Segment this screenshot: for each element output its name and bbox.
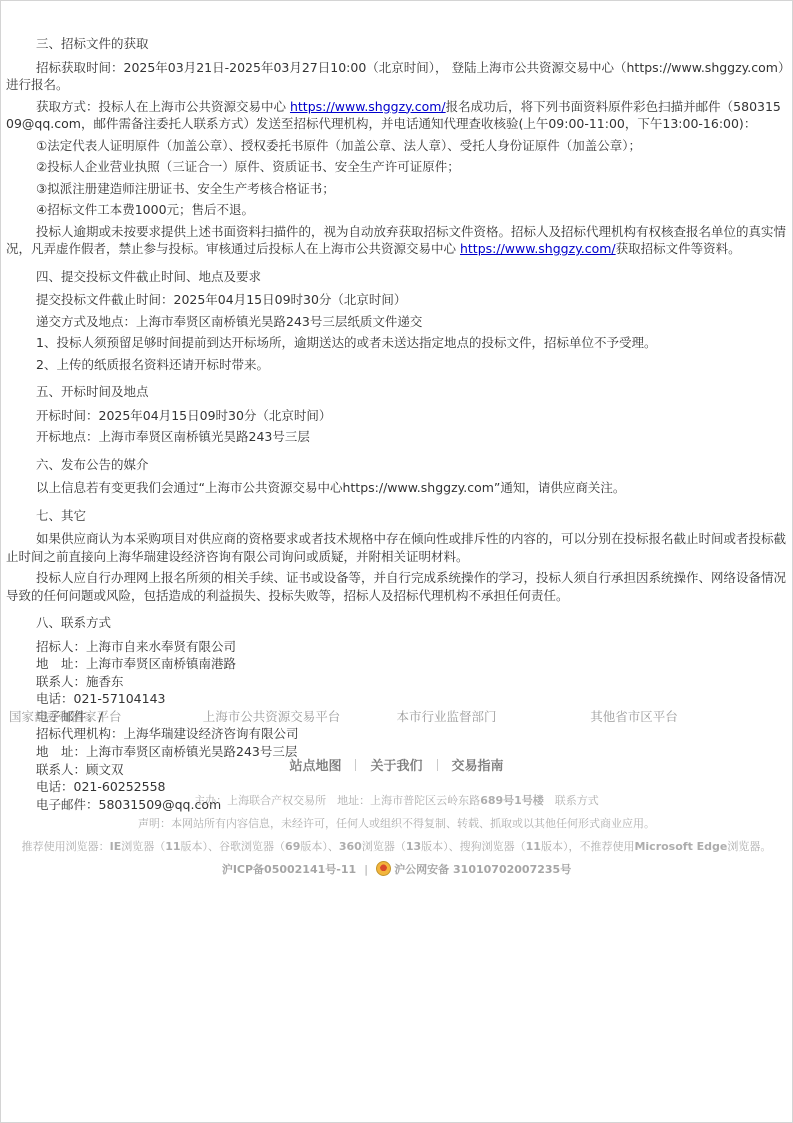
text-run: 号 bbox=[560, 863, 571, 876]
text-run: 浏览器（ bbox=[121, 840, 165, 853]
footer-icp-line: 沪ICP备05002141号-11|沪公网安备 31010702007235号 bbox=[1, 861, 792, 877]
list-item-legal-rep: ①法定代表人证明原件（加盖公章）、授权委托书原件（加盖公章、法人章）、受托人身份… bbox=[6, 137, 786, 155]
list-item-document-fee: ④招标文件工本费1000元；售后不退。 bbox=[6, 201, 786, 219]
paragraph-submission-rule-1: 1、投标人须预留足够时间提前到达开标场所，逾期送达的或者未送达指定地点的投标文件… bbox=[6, 334, 786, 352]
paragraph-media-notice: 以上信息若有变更我们会通过“上海市公共资源交易中心https://www.shg… bbox=[6, 479, 786, 497]
text-run: 推荐使用浏览器： bbox=[22, 840, 110, 853]
nav-divider bbox=[355, 759, 356, 771]
paragraph-submission-place: 递交方式及地点：上海市奉贤区南桥镇光昊路243号三层纸质文件递交 bbox=[6, 313, 786, 331]
text-run: 获取方式：投标人在上海市公共资源交易中心 bbox=[36, 99, 290, 114]
contact-tenderee-person: 联系人：施香东 bbox=[6, 673, 786, 691]
footer-link-national-platforms[interactable]: 国家部委和国家平台 bbox=[9, 707, 203, 725]
footer-browser-recommendation: 推荐使用浏览器：IE浏览器（11版本）、谷歌浏览器（69版本）、360浏览器（1… bbox=[1, 838, 792, 854]
section-heading-bid-submission: 四、提交投标文件截止时间、地点及要求 bbox=[6, 268, 786, 286]
text-run: 69 bbox=[285, 840, 300, 853]
list-item-constructor-cert: ③拟派注册建造师注册证书、安全生产考核合格证书； bbox=[6, 180, 786, 198]
icp-divider: | bbox=[364, 863, 368, 876]
platform-links-row: 国家部委和国家平台 上海市公共资源交易平台 本市行业监督部门 其他省市区平台 bbox=[1, 707, 792, 725]
footer-host-line: 主办：上海联合产权交易所 地址：上海市普陀区云岭东路689号1号楼 联系方式 bbox=[1, 792, 792, 808]
shggzy-link[interactable]: https://www.shggzy.com/ bbox=[460, 241, 616, 256]
shggzy-link[interactable]: https://www.shggzy.com/ bbox=[290, 99, 446, 114]
text-run: Microsoft Edge bbox=[634, 840, 727, 853]
paragraph-submission-rule-2: 2、上传的纸质报名资料还请开标时带来。 bbox=[6, 356, 786, 374]
paragraph-overdue-notice: 投标人逾期或未按要求提供上述书面资料扫描件的，视为自动放弃获取招标文件资格。招标… bbox=[6, 223, 786, 258]
text-run: 689号1号楼 bbox=[480, 794, 544, 807]
tender-notice-document: 三、招标文件的获取 招标获取时间：2025年03月21日-2025年03月27日… bbox=[1, 1, 792, 813]
text-run: 11 bbox=[165, 840, 180, 853]
text-run: 360 bbox=[339, 840, 362, 853]
footer-declaration: 声明：本网站所有内容信息，未经许可，任何人或组织不得复制、转载、抓取或以其他任何… bbox=[1, 815, 792, 831]
text-run: 沪公网安备 bbox=[394, 863, 453, 876]
text-run: IE bbox=[110, 840, 122, 853]
text-run: 浏览器（ bbox=[362, 840, 406, 853]
nav-divider bbox=[437, 759, 438, 771]
contact-tenderee-address: 地 址：上海市奉贤区南桥镇南港路 bbox=[6, 655, 786, 673]
text-run: ICP备05002141 bbox=[233, 863, 325, 876]
icp-number: 沪ICP备05002141号-11 bbox=[222, 863, 356, 876]
contact-tenderee: 招标人：上海市自来水奉贤有限公司 bbox=[6, 638, 786, 656]
contact-tenderee-phone: 电话：021-57104143 bbox=[6, 690, 786, 708]
footer-nav-about-us[interactable]: 关于我们 bbox=[370, 759, 422, 774]
footer-fineprint: 主办：上海联合产权交易所 地址：上海市普陀区云岭东路689号1号楼 联系方式 声… bbox=[1, 792, 792, 877]
section-heading-others: 七、其它 bbox=[6, 507, 786, 525]
text-run: 获取招标文件等资料。 bbox=[616, 241, 741, 256]
text-run: 版本）、 bbox=[300, 840, 339, 853]
text-run: 13 bbox=[406, 840, 421, 853]
text-run: 沪 bbox=[222, 863, 233, 876]
list-item-business-license: ②投标人企业营业执照（三证合一）原件、资质证书、安全生产许可证原件； bbox=[6, 158, 786, 176]
text-run: 主办：上海联合产权交易所 地址：上海市普陀区云岭东路 bbox=[194, 794, 480, 807]
site-footer: 国家部委和国家平台 上海市公共资源交易平台 本市行业监督部门 其他省市区平台 站… bbox=[1, 707, 792, 884]
text-run: 版本）、搜狗浏览器（ bbox=[421, 840, 526, 853]
paragraph-self-responsibility: 投标人应自行办理网上报名所须的相关手续、证书或设备等，并自行完成系统操作的学习，… bbox=[6, 569, 786, 604]
paragraph-obtain-method: 获取方式：投标人在上海市公共资源交易中心 https://www.shggzy.… bbox=[6, 98, 786, 133]
paragraph-objection: 如果供应商认为本采购项目对供应商的资格要求或者技术规格中存在倾向性或排斥性的内容… bbox=[6, 530, 786, 565]
paragraph-obtain-time: 招标获取时间：2025年03月21日-2025年03月27日10:00（北京时间… bbox=[6, 59, 786, 94]
psb-badge-icon bbox=[376, 861, 391, 876]
footer-link-shanghai-public-resource[interactable]: 上海市公共资源交易平台 bbox=[203, 707, 397, 725]
footer-link-other-provinces[interactable]: 其他省市区平台 bbox=[590, 707, 784, 725]
section-heading-contacts: 八、联系方式 bbox=[6, 614, 786, 632]
paragraph-opening-place: 开标地点：上海市奉贤区南桥镇光昊路243号三层 bbox=[6, 428, 786, 446]
section-heading-bid-opening: 五、开标时间及地点 bbox=[6, 383, 786, 401]
psb-number: 沪公网安备 31010702007235号 bbox=[394, 863, 571, 876]
paragraph-opening-time: 开标时间：2025年04月15日09时30分（北京时间） bbox=[6, 407, 786, 425]
footer-nav-trade-guide[interactable]: 交易指南 bbox=[452, 759, 504, 774]
text-run: 号-11 bbox=[325, 863, 356, 876]
section-heading-announcement-media: 六、发布公告的媒介 bbox=[6, 456, 786, 474]
footer-nav-sitemap[interactable]: 站点地图 bbox=[289, 759, 341, 774]
section-heading-file-obtain: 三、招标文件的获取 bbox=[6, 35, 786, 53]
text-run: 联系方式 bbox=[544, 794, 599, 807]
paragraph-submission-deadline: 提交投标文件截止时间：2025年04月15日09时30分（北京时间） bbox=[6, 291, 786, 309]
text-run: 31010702007235 bbox=[453, 863, 560, 876]
footer-nav: 站点地图关于我们交易指南 bbox=[1, 755, 792, 774]
text-run: 浏览器。 bbox=[727, 840, 771, 853]
page: 三、招标文件的获取 招标获取时间：2025年03月21日-2025年03月27日… bbox=[0, 0, 793, 1123]
text-run: 版本），不推荐使用 bbox=[541, 840, 635, 853]
text-run: 11 bbox=[526, 840, 541, 853]
text-run: 版本）、谷歌浏览器（ bbox=[181, 840, 286, 853]
footer-link-city-supervision[interactable]: 本市行业监督部门 bbox=[397, 707, 591, 725]
